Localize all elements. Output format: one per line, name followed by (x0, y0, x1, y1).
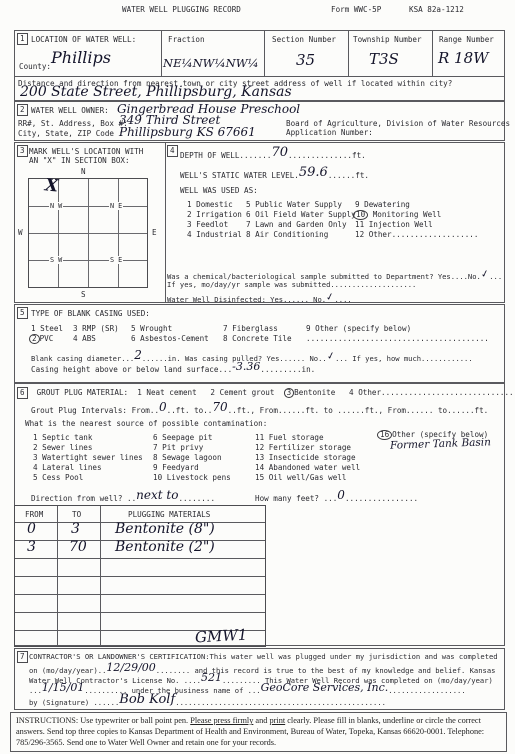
casing-height-line: Casing height above or below land surfac… (31, 362, 315, 376)
interval-from-value: 0 (159, 400, 167, 414)
use-industrial: 4 Industrial (187, 230, 242, 239)
contamination-question: What is the nearest source of possible c… (25, 419, 267, 428)
table-header-materials: PLUGGING MATERIALS (128, 510, 210, 519)
grout-other: 4 Other............................. (349, 388, 514, 397)
grout-intervals-line: Grout Plug Intervals: From..0..ft. to..7… (31, 402, 488, 417)
business-name-value: GeoCore Services, Inc. (261, 681, 389, 694)
depth-line: DEPTH OF WELL.......70..............ft. (180, 147, 366, 163)
section3-title-line2: AN "X" IN SECTION BOX: (29, 156, 130, 165)
contam-sewer-lines: 2 Sewer lines (33, 443, 92, 452)
if-yes-line: If yes, mo/day/yr sample was submitted..… (167, 281, 416, 290)
plugging-table: FROM TO PLUGGING MATERIALS 0 3 Bentonite… (14, 505, 266, 647)
table-row2-material: Bentonite (2") (115, 539, 215, 555)
casing-steel: 1 Steel (31, 324, 63, 333)
casing-pulled-no-check: ✓ (325, 350, 336, 364)
compass-south: S (81, 290, 86, 299)
contam-feedyard: 9 Feedyard (153, 463, 199, 472)
static-water-level-value: 59.6 (299, 165, 328, 180)
casing-height-value: -3.36 (232, 360, 260, 373)
contam-oil-gas-well: 15 Oil well/Gas well (255, 473, 346, 482)
use-injection-well: 11 Injection Well (355, 220, 433, 229)
county-value: Phillips (51, 48, 111, 67)
section1-number: 1 (17, 33, 28, 45)
use-monitoring-well: 10 Monitoring Well (353, 210, 441, 220)
table-note-gmw1: GMW1 (195, 626, 248, 647)
range-label: Range Number (439, 35, 494, 44)
direction-value: next to (136, 488, 178, 502)
county-label: County: (19, 62, 51, 71)
certification-line1: CONTRACTOR'S OR LANDOWNER'S CERTIFICATIO… (29, 653, 498, 662)
contam-lateral-lines: 4 Lateral lines (33, 463, 102, 472)
use-dewatering: 9 Dewatering (355, 200, 410, 209)
section5-number: 5 (17, 307, 28, 319)
chemical-sample-no-check: ✓ (480, 268, 491, 282)
section7-number: 7 (17, 651, 28, 663)
instructions-box: INSTRUCTIONS: Use typewriter or ball poi… (10, 712, 507, 752)
grid-label-nw: N W (49, 202, 63, 210)
contam-fertilizer-storage: 12 Fertilizer storage (255, 443, 351, 452)
instructions-text: INSTRUCTIONS: Use typewriter or ball poi… (16, 715, 501, 748)
use-public-water-supply: 5 Public Water Supply (246, 200, 342, 209)
table-row1-material: Bentonite (8") (115, 521, 215, 537)
section-number-value: 35 (296, 51, 315, 69)
use-irrigation: 2 Irrigation (187, 210, 242, 219)
use-other: 12 Other................... (355, 230, 478, 239)
casing-other-dots: ........................................ (306, 334, 489, 343)
use-lawn-garden: 7 Lawn and Garden Only (246, 220, 347, 229)
casing-diameter-value: 2 (134, 348, 142, 362)
depth-value: 70 (271, 145, 288, 160)
certification-line5: by (Signature) ......Bob Kolf...........… (29, 694, 386, 710)
section6-number: 6 (17, 387, 28, 399)
how-many-feet-line: How many feet? ...0................ (255, 490, 418, 505)
compass-east: E (152, 228, 157, 237)
table-row1-from: 0 (27, 521, 36, 537)
section2-owner-box: 2 WATER WELL OWNER: Gingerbread House Pr… (14, 101, 505, 141)
section7-certification-box: 7 CONTRACTOR'S OR LANDOWNER'S CERTIFICAT… (14, 648, 505, 710)
direction-from-well-line: Direction from well? ..next to........ (31, 490, 215, 505)
table-header-from: FROM (25, 510, 43, 519)
section6-grout-box: 6 GROUT PLUG MATERIAL: 1 Neat cement 2 C… (14, 383, 505, 646)
contam-cess-pool: 5 Cess Pool (33, 473, 83, 482)
city-value: Phillipsburg KS 67661 (119, 125, 256, 139)
contam-abandoned-well: 14 Abandoned water well (255, 463, 360, 472)
use-oil-field-water-supply: 6 Oil Field Water Supply (246, 210, 356, 219)
grout-neat-cement: 1 Neat cement (137, 388, 196, 397)
address-label: RR#, St. Address, Box #: (18, 119, 128, 128)
section5-title: TYPE OF BLANK CASING USED: (31, 309, 150, 318)
city-label: City, State, ZIP Code : (18, 129, 123, 138)
table-row2-from: 3 (27, 539, 36, 555)
section4-number: 4 (167, 145, 178, 157)
grout-cement-grout: 2 Cement grout (210, 388, 274, 397)
contam-sewage-lagoon: 8 Sewage lagoon (153, 453, 222, 462)
agency-line2: Application Number: (286, 128, 373, 137)
circled-10: 10 (353, 210, 368, 220)
grid-label-se: S E (109, 256, 123, 264)
section-grid: N W N E S W S E X (28, 178, 148, 288)
circled-3: 3 (284, 388, 295, 398)
use-feedlot: 3 Feedlot (187, 220, 228, 229)
township-label: Township Number (353, 35, 422, 44)
casing-rmp: 3 RMP (SR) (73, 324, 119, 333)
grid-label-sw: S W (49, 256, 63, 264)
form-title: WATER WELL PLUGGING RECORD (122, 5, 241, 14)
section2-number: 2 (17, 104, 28, 116)
well-used-as-label: WELL WAS USED AS: (180, 186, 258, 195)
use-domestic: 1 Domestic (187, 200, 233, 209)
contam-other-value: Former Tank Basin (390, 436, 491, 452)
contam-watertight-sewer: 3 Watertight sewer lines (33, 453, 143, 462)
owner-label: WATER WELL OWNER: (31, 106, 109, 115)
fraction-value: NE¼NW¼NW¼ (163, 56, 259, 70)
well-location-x-mark: X (44, 175, 59, 196)
casing-asbestos: 6 Asbestos-Cement (131, 334, 209, 343)
casing-other: 9 Other (specify below) (306, 324, 411, 333)
section34-box: 3 MARK WELL'S LOCATION WITH AN "X" IN SE… (14, 142, 505, 303)
section5-casing-box: 5 TYPE OF BLANK CASING USED: 1 Steel 3 R… (14, 304, 505, 383)
casing-abs: 4 ABS (73, 334, 96, 343)
use-air-conditioning: 8 Air Conditioning (246, 230, 328, 239)
compass-west: W (18, 228, 23, 237)
grout-material-line: 6 GROUT PLUG MATERIAL: 1 Neat cement 2 C… (17, 387, 514, 399)
circled-16: 16 (377, 430, 392, 440)
form-number: Form WWC-5P (331, 5, 381, 14)
interval-to-value: 70 (212, 400, 227, 414)
water-well-plugging-record-form: WATER WELL PLUGGING RECORD Form WWC-5P K… (0, 0, 515, 754)
statute-number: KSA 82a-1212 (409, 5, 464, 14)
feet-value: 0 (337, 488, 345, 502)
township-value: T3S (369, 50, 399, 68)
range-value: R 18W (438, 49, 489, 67)
record-date-value: 1/15/01 (42, 681, 84, 694)
table-row2-to: 70 (69, 539, 87, 555)
circled-2: 2 (29, 334, 40, 344)
section-number-label: Section Number (272, 35, 336, 44)
fraction-label: Fraction (168, 35, 205, 44)
section3-number: 3 (17, 145, 28, 157)
casing-fiberglass: 7 Fiberglass (223, 324, 278, 333)
signature-value: Bob Kolf (119, 692, 175, 707)
contam-septic-tank: 1 Septic tank (33, 433, 92, 442)
section1-location-box: 1 LOCATION OF WATER WELL: County: Philli… (14, 30, 505, 101)
casing-concrete: 8 Concrete Tile (223, 334, 292, 343)
static-water-level-line: WELL'S STATIC WATER LEVEL.59.6......ft. (180, 167, 369, 183)
contam-seepage-pit: 6 Seepage pit (153, 433, 212, 442)
contam-livestock-pens: 10 Livestock pens (153, 473, 231, 482)
contam-pit-privy: 7 Pit privy (153, 443, 203, 452)
section1-title: LOCATION OF WATER WELL: (31, 35, 136, 44)
grid-label-ne: N E (109, 202, 123, 210)
grout-bentonite: Bentonite (294, 388, 335, 397)
contam-insecticide-storage: 13 Insecticide storage (255, 453, 356, 462)
casing-wrought: 5 Wrought (131, 324, 172, 333)
compass-north: N (81, 167, 86, 176)
contam-fuel-storage: 11 Fuel storage (255, 433, 324, 442)
table-row1-to: 3 (71, 521, 80, 537)
casing-pvc: 2PVC (29, 334, 53, 344)
distance-value: 200 State Street, Phillipsburg, Kansas (20, 84, 292, 100)
table-header-to: TO (72, 510, 81, 519)
